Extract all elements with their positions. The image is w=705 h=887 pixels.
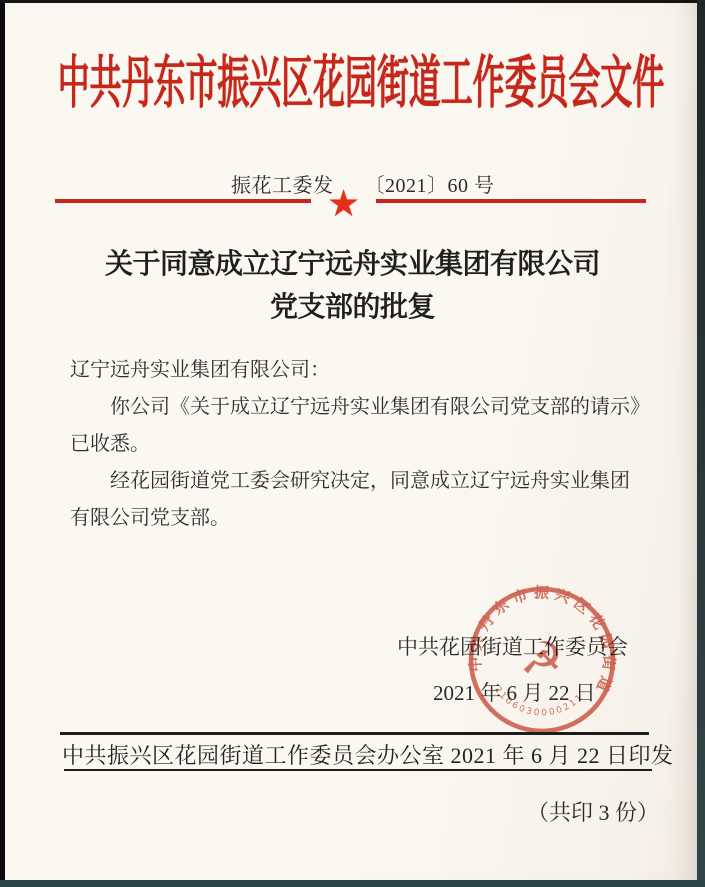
red-divider-line-left: [55, 199, 311, 203]
scan-edge-right: [697, 0, 705, 887]
document-title-line1: 关于同意成立辽宁远舟实业集团有限公司: [0, 243, 705, 286]
red-divider-line-right: [376, 199, 646, 203]
document-title: 关于同意成立辽宁远舟实业集团有限公司 党支部的批复: [0, 243, 705, 329]
footer-imprint: 中共振兴区花园街道工作委员会办公室 2021 年 6 月 22 日印发: [62, 739, 674, 770]
footer-rule-top: [60, 732, 649, 735]
official-seal-stamp: 中共丹东市振兴区花园街道工作委员会 ☭ 2106030000211: [458, 576, 626, 744]
document-header-title: 中共丹东市振兴区花园街道工作委员会文件: [0, 60, 705, 108]
document-number-issuer: 振花工委发: [231, 169, 334, 198]
footer-rule-bottom: [64, 769, 652, 771]
scan-edge-left: [0, 0, 5, 887]
footer-copies-count: （共印 3 份）: [527, 796, 659, 827]
scan-edge-bottom: [0, 880, 705, 887]
body-paragraph-1: 你公司《关于成立辽宁远舟实业集团有限公司党支部的请示》已收悉。: [70, 389, 660, 463]
red-star-icon: ★: [327, 185, 360, 222]
seal-party-emblem-icon: ☭: [518, 631, 566, 690]
document-body: 辽宁远舟实业集团有限公司： 你公司《关于成立辽宁远舟实业集团有限公司党支部的请示…: [70, 352, 660, 537]
body-salutation: 辽宁远舟实业集团有限公司：: [70, 352, 660, 389]
scan-edge-top: [0, 0, 705, 3]
document-title-line2: 党支部的批复: [0, 286, 705, 329]
document-number-serial: 〔2021〕60 号: [365, 169, 495, 198]
document-number: 振花工委发 〔2021〕60 号: [231, 169, 495, 197]
header-title-text: 中共丹东市振兴区花园街道工作委员会文件: [58, 48, 664, 120]
body-paragraph-2: 经花园街道党工委会研究决定，同意成立辽宁远舟实业集团有限公司党支部。: [70, 463, 645, 537]
document-page: 中共丹东市振兴区花园街道工作委员会文件 振花工委发 〔2021〕60 号 ★ 关…: [0, 0, 705, 887]
